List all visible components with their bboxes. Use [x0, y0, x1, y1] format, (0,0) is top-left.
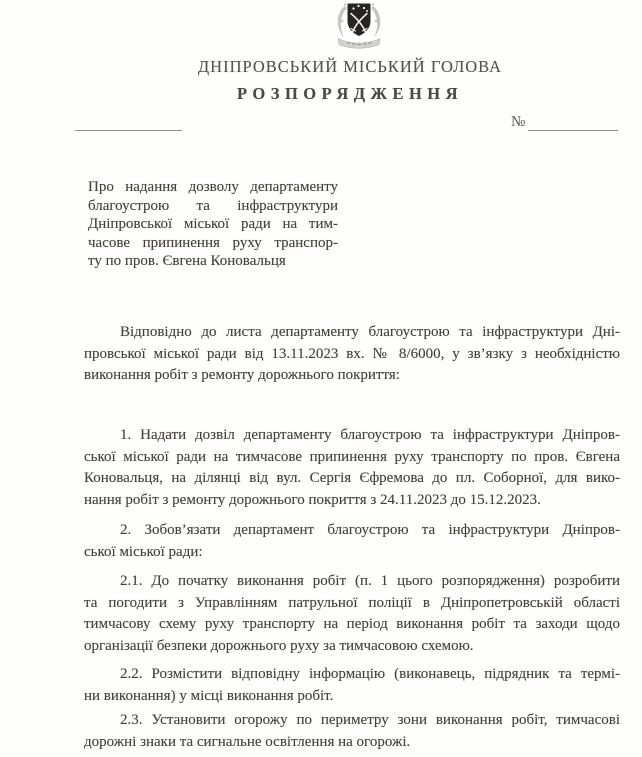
item-2-2-paragraph: 2.2. Розмістити відповідну інформацію (в… [84, 664, 620, 707]
text-line: 2. Зобов’язати департамент благоустрою т… [84, 520, 620, 542]
text-line: тимчасову схему руху транспорту на періо… [84, 614, 620, 636]
number-sign-label: № [511, 114, 525, 130]
item-2-3-paragraph: 2.3. Установити огорожу по периметру зон… [84, 710, 620, 753]
text-line: ту по пров. Євгена Коновальця [88, 252, 338, 271]
intro-paragraph: Відповідно до листа департаменту благоус… [84, 322, 620, 387]
text-line: Коновальця, на ділянці від вул. Сергія Є… [84, 468, 620, 490]
text-line: 1. Надати дозвіл департаменту благоустро… [84, 425, 620, 447]
document-header: ДНІПРОВСЬКИЙ МІСЬКИЙ ГОЛОВА РОЗПОРЯДЖЕНН… [56, 57, 642, 104]
item-2-1-paragraph: 2.1. До початку виконання робіт (п. 1 ць… [84, 571, 620, 658]
text-line: часове припинення руху транспор- [88, 234, 338, 253]
document-type-title: РОЗПОРЯДЖЕННЯ [56, 84, 642, 104]
text-line: організації безпеки дорожнього руху за т… [84, 636, 620, 658]
number-field: № [511, 113, 621, 135]
document-page: ДНІПРОВСЬКИЙ МІСЬКИЙ ГОЛОВА РОЗПОРЯДЖЕНН… [0, 0, 642, 757]
text-line: ської міської ради на тимчасове припинен… [84, 447, 620, 469]
text-line: 2.2. Розмістити відповідну інформацію (в… [84, 664, 620, 686]
text-line: Про надання дозволу департаменту [88, 178, 338, 197]
text-line: та погодити з Управлінням патрульної пол… [84, 593, 620, 615]
emblem-banner-ribbon [338, 39, 380, 49]
text-line: ської міської ради: [84, 542, 620, 564]
text-line: виконання робіт з ремонту дорожнього пок… [84, 365, 620, 387]
text-line: Відповідно до листа департаменту благоус… [84, 322, 620, 344]
date-blank-line [75, 130, 182, 131]
subject-paragraph: Про надання дозволу департаментублагоуст… [88, 178, 338, 271]
authority-title: ДНІПРОВСЬКИЙ МІСЬКИЙ ГОЛОВА [56, 57, 642, 77]
text-line: нання робіт з ремонту дорожнього покритт… [84, 490, 620, 512]
text-line: 2.3. Установити огорожу по периметру зон… [84, 710, 620, 732]
text-line: благоустрою та інфраструктури [88, 197, 338, 216]
text-line: Дніпровської міської ради на тим- [88, 215, 338, 234]
text-line: ни виконання) у місці виконання робіт. [84, 686, 620, 708]
item-1-paragraph: 1. Надати дозвіл департаменту благоустро… [84, 425, 620, 512]
item-2-paragraph: 2. Зобов’язати департамент благоустрою т… [84, 520, 620, 563]
emblem-shield [348, 4, 371, 37]
text-line: дорожні знаки та сигнальне освітлення на… [84, 732, 620, 754]
dnipro-coat-of-arms-icon [330, 1, 388, 49]
text-line: 2.1. До початку виконання робіт (п. 1 ць… [84, 571, 620, 593]
text-line: провської міської ради від 13.11.2023 вх… [84, 344, 620, 366]
number-blank-line [528, 130, 618, 131]
